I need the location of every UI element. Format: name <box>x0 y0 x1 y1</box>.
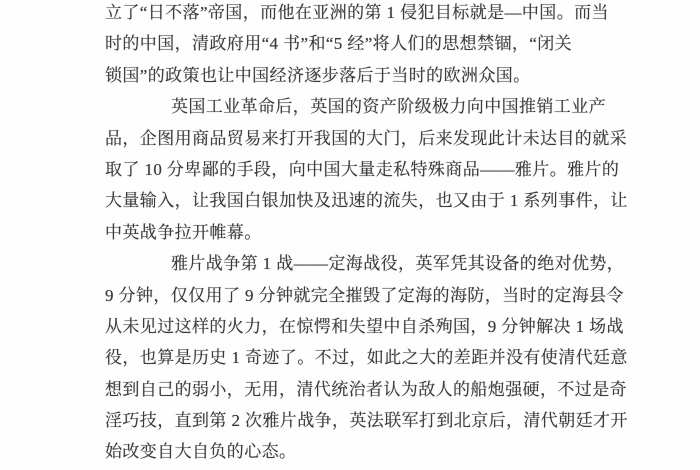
text-line: 品，企图用商品贸易来打开我国的大门，后来发现此计未达目的就采 <box>105 123 615 154</box>
text-line: 从未见过这样的火力，在惊愕和失望中自杀殉国，9 分钟解决 1 场战 <box>105 311 615 342</box>
text-line: 取了 10 分卑鄙的手段，向中国大量走私特殊商品——雅片。雅片的 <box>105 154 615 185</box>
text-line: 立了“日不落”帝国，而他在亚洲的第 1 侵犯目标就是—中国。而当 <box>105 0 615 28</box>
text-line: 时的中国，清政府用“4 书”和“5 经”将人们的思想禁锢，“闭关 <box>105 28 615 59</box>
text-line: 中英战争拉开帷幕。 <box>105 217 615 248</box>
text-line: 大量输入，让我国白银加快及迅速的流失，也又由于 1 系列事件，让 <box>105 185 615 216</box>
text-line: 始改变自大自负的心态。 <box>105 436 615 467</box>
document-page: 立了“日不落”帝国，而他在亚洲的第 1 侵犯目标就是—中国。而当时的中国，清政府… <box>0 0 700 470</box>
text-line: 想到自己的弱小，无用，清代统治者认为敌人的船炮强硬，不过是奇 <box>105 374 615 405</box>
document-text-block: 立了“日不落”帝国，而他在亚洲的第 1 侵犯目标就是—中国。而当时的中国，清政府… <box>105 0 615 468</box>
text-line: 役，也算是历史 1 奇迹了。不过，如此之大的差距并没有使清代廷意 <box>105 342 615 373</box>
text-line: 英国工业革命后，英国的资产阶级极力向中国推销工业产 <box>105 91 615 122</box>
text-line: 锁国”的政策也让中国经济逐步落后于当时的欧洲众国。 <box>105 60 615 91</box>
text-line: 淫巧技，直到第 2 次雅片战争，英法联军打到北京后，清代朝廷才开 <box>105 405 615 436</box>
text-line: 雅片战争第 1 战——定海战役，英军凭其设备的绝对优势， <box>105 248 615 279</box>
text-line: 9 分钟，仅仅用了 9 分钟就完全摧毁了定海的海防，当时的定海县令 <box>105 280 615 311</box>
